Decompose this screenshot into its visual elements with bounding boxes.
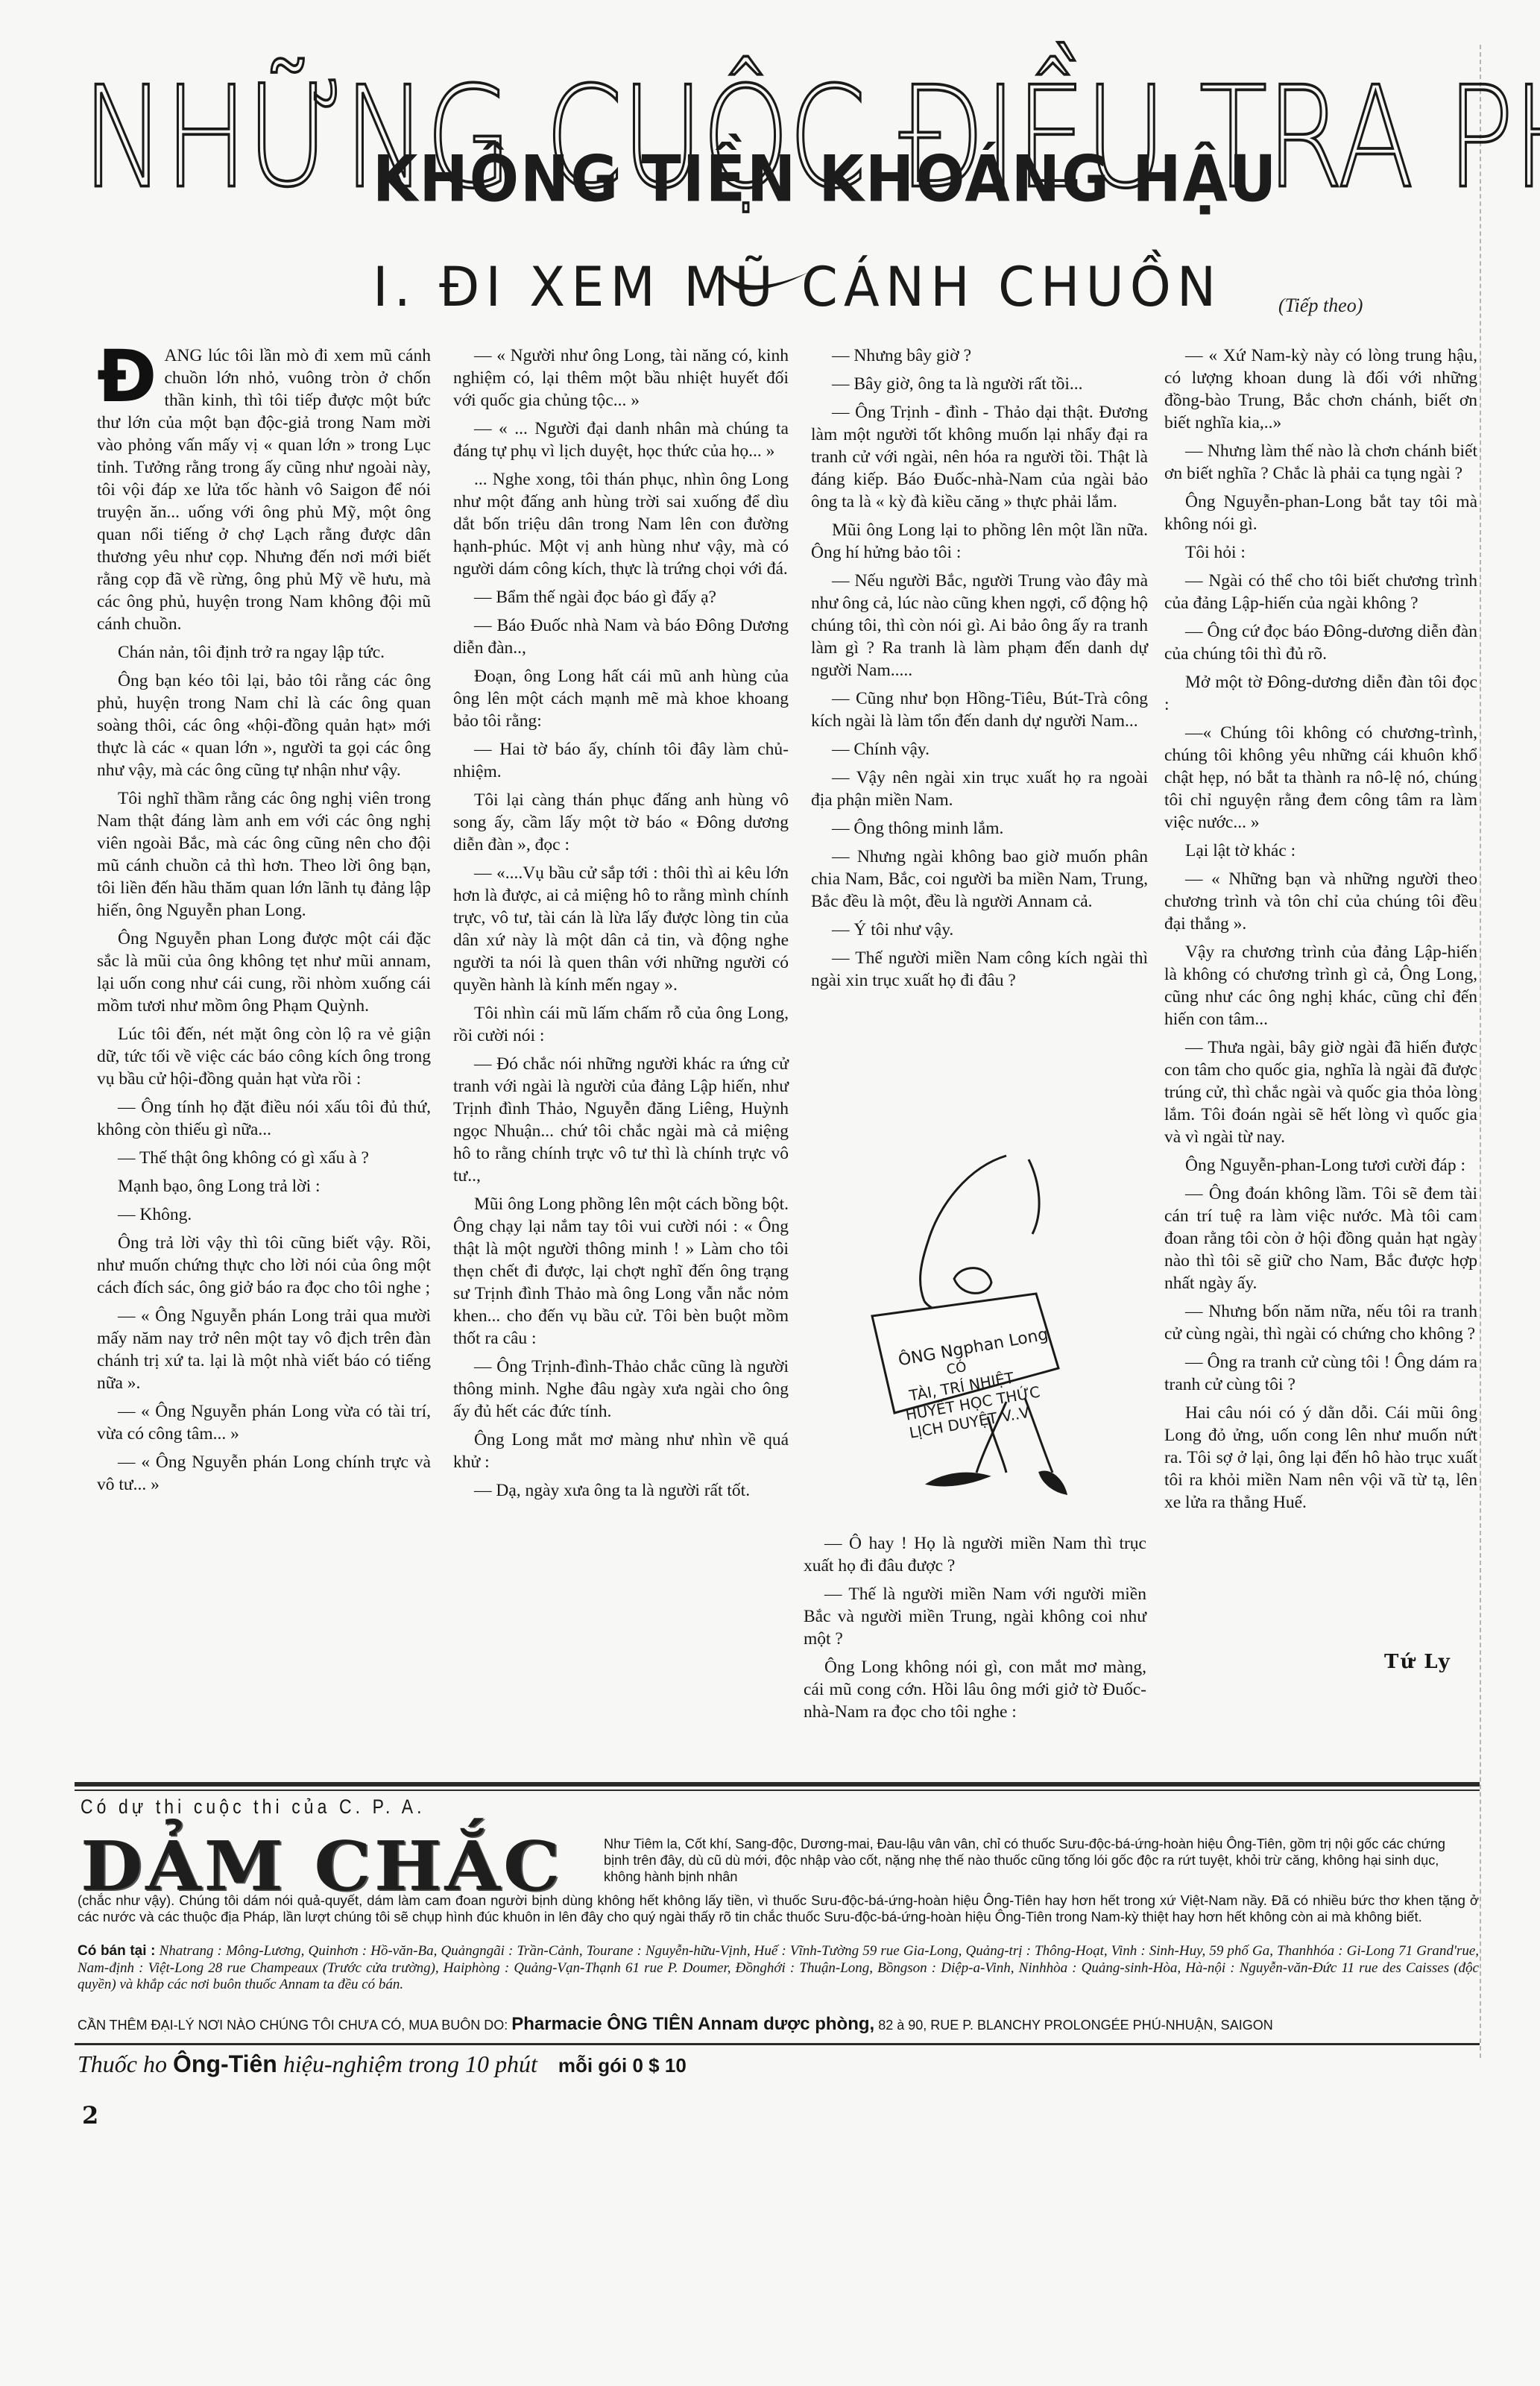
ad-retailers: Có bán tại : Nhatrang : Mông-Lương, Quin…	[78, 1943, 1479, 1994]
ad-cough-price: mỗi gói 0 $ 10	[558, 2054, 687, 2077]
article-paragraph: Chán nản, tôi định trở ra ngay lập tức.	[97, 641, 431, 664]
subtitle: KHÔNG TIỀN KHOÁNG HẬU	[373, 148, 1278, 212]
newspaper-page: NHỮNG CUỘC ĐIỀU TRA PHỎNG VẤN KHÔNG TIỀN…	[0, 0, 1540, 2386]
ad-retailer-list: Nhatrang : Mông-Lương, Quinhơn : Hồ-văn-…	[78, 1943, 1479, 1992]
article-paragraph: Đoạn, ông Long hất cái mũ anh hùng của ô…	[453, 665, 789, 732]
article-paragraph: — Bây giờ, ông ta là người rất tồi...	[811, 373, 1148, 395]
ad-cough-medicine-line: Thuốc ho Ông-Tiên hiệu-nghiệm trong 10 p…	[78, 2050, 687, 2078]
masthead: NHỮNG CUỘC ĐIỀU TRA PHỎNG VẤN KHÔNG TIỀN…	[60, 61, 1491, 285]
article-paragraph: — « Ông Nguyễn phán Long chính trực và v…	[97, 1451, 431, 1496]
article-paragraph: Lại lật tờ khác :	[1164, 840, 1477, 862]
caricature-illustration: ÔNG Ngphan Long CÓ TÀI, TRÍ NHIỆT HUYẾT …	[857, 1152, 1103, 1510]
article-paragraph: — « Xứ Nam-kỳ này có lòng trung hậu, có …	[1164, 344, 1477, 434]
article-paragraph: Vậy ra chương trình của đảng Lập-hiến là…	[1164, 941, 1477, 1030]
page-number: 2	[82, 2101, 98, 2130]
ad-bottom-rule	[75, 2043, 1480, 2045]
continued-label: (Tiếp theo)	[1278, 295, 1363, 317]
article-paragraph: Ông Nguyễn phan Long được một cái đặc sắ…	[97, 928, 431, 1017]
article-paragraph: — Ý tôi như vậy.	[811, 919, 1148, 941]
article-paragraph: — Ông cứ đọc báo Đông-dương diễn đàn của…	[1164, 620, 1477, 665]
article-paragraph: — « Ông Nguyễn phán Long vừa có tài trí,…	[97, 1400, 431, 1445]
article-paragraph: Ông Long mắt mơ màng như nhìn về quá khử…	[453, 1429, 789, 1473]
ad-top-rule-thin	[75, 1789, 1480, 1791]
article-paragraph: — Ông Trịnh - đình - Thảo dại thật. Đươn…	[811, 401, 1148, 513]
article-paragraph: Ông trả lời vậy thì tôi cũng biết vậy. R…	[97, 1232, 431, 1299]
article-paragraph: — Ông tính họ đặt điều nói xấu tôi đủ th…	[97, 1096, 431, 1141]
article-paragraph: — Nhưng ngài không bao giờ muốn phân chi…	[811, 846, 1148, 913]
article-paragraph: — Ông đoán không lầm. Tôi sẽ đem tài cán…	[1164, 1183, 1477, 1294]
ad-wholesale-prefix: CẦN THÊM ĐẠI-LÝ NƠI NÀO CHÚNG TÔI CHƯA C…	[78, 2018, 508, 2033]
article-paragraph: — Thế người miền Nam công kích ngài thì …	[811, 947, 1148, 992]
article-paragraph: — Thưa ngài, bây giờ ngài đã hiến được c…	[1164, 1036, 1477, 1148]
article-paragraph: — Cũng như bọn Hồng-Tiêu, Bút-Trà công k…	[811, 687, 1148, 732]
article-paragraph: Ông bạn kéo tôi lại, bảo tôi rằng các ôn…	[97, 670, 431, 781]
article-paragraph: ... Nghe xong, tôi thán phục, nhìn ông L…	[453, 468, 789, 580]
article-column-2: — « Người như ông Long, tài năng có, kin…	[453, 344, 789, 1508]
article-paragraph: Lúc tôi đến, nét mặt ông còn lộ ra vẻ gi…	[97, 1023, 431, 1090]
ad-wholesale-line: CẦN THÊM ĐẠI-LÝ NƠI NÀO CHÚNG TÔI CHƯA C…	[78, 2014, 1479, 2035]
article-paragraph: — «....Vụ bầu cử sắp tới : thôi thì ai k…	[453, 862, 789, 996]
article-paragraph: Ông Nguyễn-phan-Long bắt tay tôi mà khôn…	[1164, 491, 1477, 535]
article-paragraph: — Ông ra tranh cử cùng tôi ! Ông dám ra …	[1164, 1351, 1477, 1396]
article-paragraph: — Chính vậy.	[811, 738, 1148, 761]
ad-cough-pre: Thuốc ho	[78, 2050, 167, 2077]
article-paragraph: — Không.	[97, 1203, 431, 1226]
article-column-3: — Nhưng bây giờ ? — Bây giờ, ông ta là n…	[811, 344, 1148, 998]
ad-contest-line: Có dự thi cuộc thi của C. P. A.	[81, 1795, 426, 1819]
ad-sold-label: Có bán tại :	[78, 1943, 155, 1959]
article-column-1: ĐANG lúc tôi lần mò đi xem mũ cánh chuồn…	[97, 344, 431, 1502]
article-paragraph: Ông Nguyễn-phan-Long tươi cười đáp :	[1164, 1154, 1477, 1177]
article-paragraph: — Vậy nên ngài xin trục xuất họ ra ngoài…	[811, 767, 1148, 811]
article-paragraph: — Nhưng làm thế nào là chơn chánh biết ơ…	[1164, 440, 1477, 485]
article-paragraph: — Hai tờ báo ấy, chính tôi đây làm chủ-n…	[453, 738, 789, 783]
article-paragraph: Ông Long không nói gì, con mắt mơ màng, …	[804, 1656, 1146, 1723]
ad-pharmacy-address: 82 à 90, RUE P. BLANCHY PROLONGÉE PHÚ-NH…	[878, 2018, 1273, 2033]
ad-brand-title: DẢM CHẮC	[81, 1832, 563, 1900]
article-paragraph: — « Người như ông Long, tài năng có, kin…	[453, 344, 789, 412]
svg-text:CÓ: CÓ	[945, 1359, 968, 1378]
article-column-4: — « Xứ Nam-kỳ này có lòng trung hậu, có …	[1164, 344, 1477, 1520]
article-paragraph: Hai câu nói có ý dằn dỗi. Cái mũi ông Lo…	[1164, 1402, 1477, 1514]
article-paragraph: Mũi ông Long phồng lên một cách bồng bột…	[453, 1193, 789, 1350]
article-paragraph: Mạnh bạo, ông Long trả lời :	[97, 1175, 431, 1197]
article-paragraph: — Dạ, ngày xưa ông ta là người rất tốt.	[453, 1479, 789, 1502]
article-paragraph: ĐANG lúc tôi lần mò đi xem mũ cánh chuồn…	[97, 344, 431, 635]
article-column-3-continued: — Ô hay ! Họ là người miền Nam thì trục …	[804, 1532, 1146, 1729]
article-paragraph: — Nhưng bốn năm nữa, nếu tôi ra tranh cử…	[1164, 1300, 1477, 1345]
article-paragraph: — Bẩm thế ngài đọc báo gì đấy ạ?	[453, 586, 789, 608]
article-paragraph: — Ô hay ! Họ là người miền Nam thì trục …	[804, 1532, 1146, 1577]
article-paragraph: — Ngài có thể cho tôi biết chương trình …	[1164, 570, 1477, 614]
article-paragraph: — « ... Người đại danh nhân mà chúng ta …	[453, 418, 789, 462]
ad-top-rule	[75, 1782, 1480, 1787]
article-paragraph: — Thế là người miền Nam với người miền B…	[804, 1583, 1146, 1650]
article-paragraph: Tôi lại càng thán phục đấng anh hùng vô …	[453, 789, 789, 856]
article-paragraph: — Thế thật ông không có gì xấu à ?	[97, 1147, 431, 1169]
article-paragraph: Tôi hỏi :	[1164, 541, 1477, 564]
article-paragraph: Tôi nhìn cái mũ lấm chấm rỗ của ông Long…	[453, 1002, 789, 1047]
article-paragraph: — Nếu người Bắc, người Trung vào đây mà …	[811, 570, 1148, 682]
article-paragraph: — « Ông Nguyễn phán Long trải qua mười m…	[97, 1305, 431, 1394]
article-paragraph: — Đó chắc nói những người khác ra ứng cử…	[453, 1053, 789, 1187]
drop-cap: Đ	[97, 347, 157, 406]
author-byline: Tứ Ly	[1384, 1651, 1451, 1673]
article-paragraph: — Báo Đuốc nhà Nam và báo Đông Dương diễ…	[453, 614, 789, 659]
article-paragraph: Mũi ông Long lại to phồng lên một lần nữ…	[811, 519, 1148, 564]
article-paragraph: Mở một tờ Đông-dương diễn đàn tôi đọc :	[1164, 671, 1477, 716]
torn-page-edge	[1480, 45, 1484, 2058]
ad-pharmacy-name: Pharmacie ÔNG TIÊN Annam dược phòng,	[511, 2014, 874, 2034]
ad-lead-text: Như Tiêm la, Cốt khí, Sang-độc, Dương-ma…	[604, 1836, 1459, 1885]
article-paragraph: — Ông Trịnh-đình-Thảo chắc cũng là người…	[453, 1356, 789, 1423]
article-paragraph: — « Những bạn và những người theo chương…	[1164, 868, 1477, 935]
ad-body-text: (chắc như vậy). Chúng tôi dám nói quả-qu…	[78, 1892, 1479, 1925]
section-title: I. ĐI XEM MŨ CÁNH CHUỒN	[373, 259, 1222, 315]
ad-cough-post: hiệu-nghiệm trong 10 phút	[283, 2050, 537, 2077]
article-paragraph: —« Chúng tôi không có chương-trình, chún…	[1164, 722, 1477, 834]
article-paragraph: — Nhưng bây giờ ?	[811, 344, 1148, 367]
ad-cough-brand: Ông-Tiên	[173, 2050, 277, 2077]
article-paragraph: — Ông thông minh lắm.	[811, 817, 1148, 840]
article-paragraph: Tôi nghĩ thầm rằng các ông nghị viên tro…	[97, 787, 431, 922]
